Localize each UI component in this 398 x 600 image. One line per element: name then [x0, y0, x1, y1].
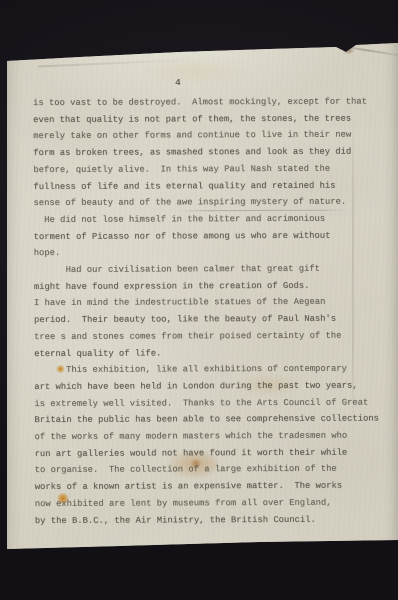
typewritten-line: eternal quality of life. [34, 344, 394, 362]
typewritten-line: torment of Picasso nor of those among us… [34, 227, 394, 245]
typewritten-line: form as broken trees, as smashed stones … [33, 144, 393, 162]
typewritten-text-block: is too vast to be destroyed. Almost mock… [33, 93, 395, 529]
typewritten-line: works of a known artist is an expensive … [35, 478, 395, 496]
paragraph: Had our civilisation been calmer that gr… [34, 260, 394, 362]
typewritten-line: Britain the public has been able to see … [34, 411, 394, 429]
typewritten-line: now exhibited are lent by museums from a… [35, 494, 395, 512]
typewritten-line: tree s and stones comes from their poise… [34, 327, 394, 345]
typewritten-line: art which have been held in London durin… [34, 377, 394, 395]
typewritten-line: is too vast to be destroyed. Almost mock… [33, 93, 393, 111]
typewritten-line: of the works of many modern masters whic… [34, 427, 394, 445]
typewritten-line: hope. [34, 244, 394, 262]
scanned-document-photo: 4 is too vast to be destroyed. Almost mo… [0, 0, 398, 600]
typewritten-line: before, quietly alive. In this way Paul … [33, 160, 393, 178]
typewritten-line: even that quality is not part of them, t… [33, 110, 393, 128]
typewritten-line: He did not lose himself in the bitter an… [34, 210, 394, 228]
typewritten-line: This exhibition, like all exhibitions of… [34, 361, 394, 379]
typewritten-line: by the B.B.C., the Air Ministry, the Bri… [35, 511, 395, 529]
typewritten-line: period. Their beauty too, like the beaut… [34, 311, 394, 329]
paragraph: This exhibition, like all exhibitions of… [34, 361, 395, 530]
typewritten-line: fullness of life and its eternal quality… [33, 177, 393, 195]
typewritten-line: run art galleries would not have found i… [35, 444, 395, 462]
typewritten-line: merely take on other forms and continue … [33, 127, 393, 145]
typewritten-line: is extremely well visited. Thanks to the… [34, 394, 394, 412]
paper-sheet: 4 is too vast to be destroyed. Almost mo… [0, 0, 398, 600]
page-number: 4 [175, 77, 181, 88]
typewritten-line: I have in mind the indestructible statue… [34, 294, 394, 312]
typewritten-line: might have found expression in the creat… [34, 277, 394, 295]
paragraph: He did not lose himself in the bitter an… [34, 210, 394, 262]
typewritten-line: to organise. The collection of a large e… [35, 461, 395, 479]
typewritten-line: Had our civilisation been calmer that gr… [34, 260, 394, 278]
typewritten-line: sense of beauty and of the awe inspiring… [33, 194, 393, 212]
paragraph: is too vast to be destroyed. Almost mock… [33, 93, 394, 211]
